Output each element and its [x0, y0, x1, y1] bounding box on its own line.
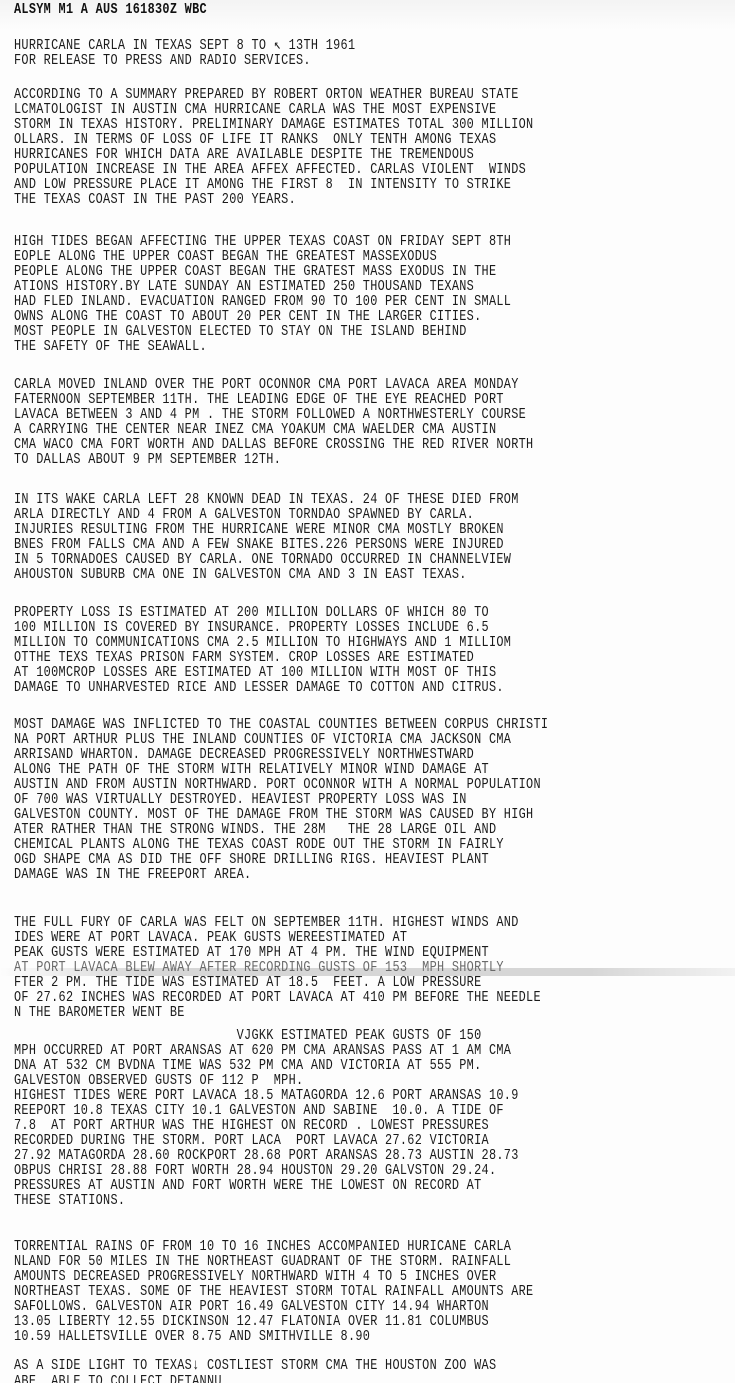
text-line: AHOUSTON SUBURB CMA ONE IN GALVESTON CMA…: [14, 567, 467, 582]
text-line: AS A SIDE LIGHT TO TEXAS↓ COSTLIEST STOR…: [14, 1358, 496, 1373]
text-line: DAMAGE WAS IN THE FREEPORT AREA.: [14, 867, 251, 882]
text-line: THESE STATIONS.: [14, 1193, 125, 1208]
text-line: N THE BAROMETER WENT BE: [14, 1005, 185, 1020]
text-line-partial: ABE ABLE TO COLLECT DETANNU: [14, 1374, 222, 1383]
text-line: DAMAGE TO UNHARVESTED RICE AND LESSER DA…: [14, 680, 504, 695]
text-line: THE TEXAS COAST IN THE PAST 200 YEARS.: [14, 192, 296, 207]
text-line: TO DALLAS ABOUT 9 PM SEPTEMBER 12TH.: [14, 452, 281, 467]
teletype-document: ALSYM M1 A AUS 161830Z WBC HURRICANE CAR…: [0, 0, 735, 1383]
text-line: THE SAFETY OF THE SEAWALL.: [14, 339, 207, 354]
release-note: FOR RELEASE TO PRESS AND RADIO SERVICES.: [14, 53, 311, 68]
text-line: 10.59 HALLETSVILLE OVER 8.75 AND SMITHVI…: [14, 1329, 370, 1344]
routing-header: ALSYM M1 A AUS 161830Z WBC: [14, 2, 207, 17]
